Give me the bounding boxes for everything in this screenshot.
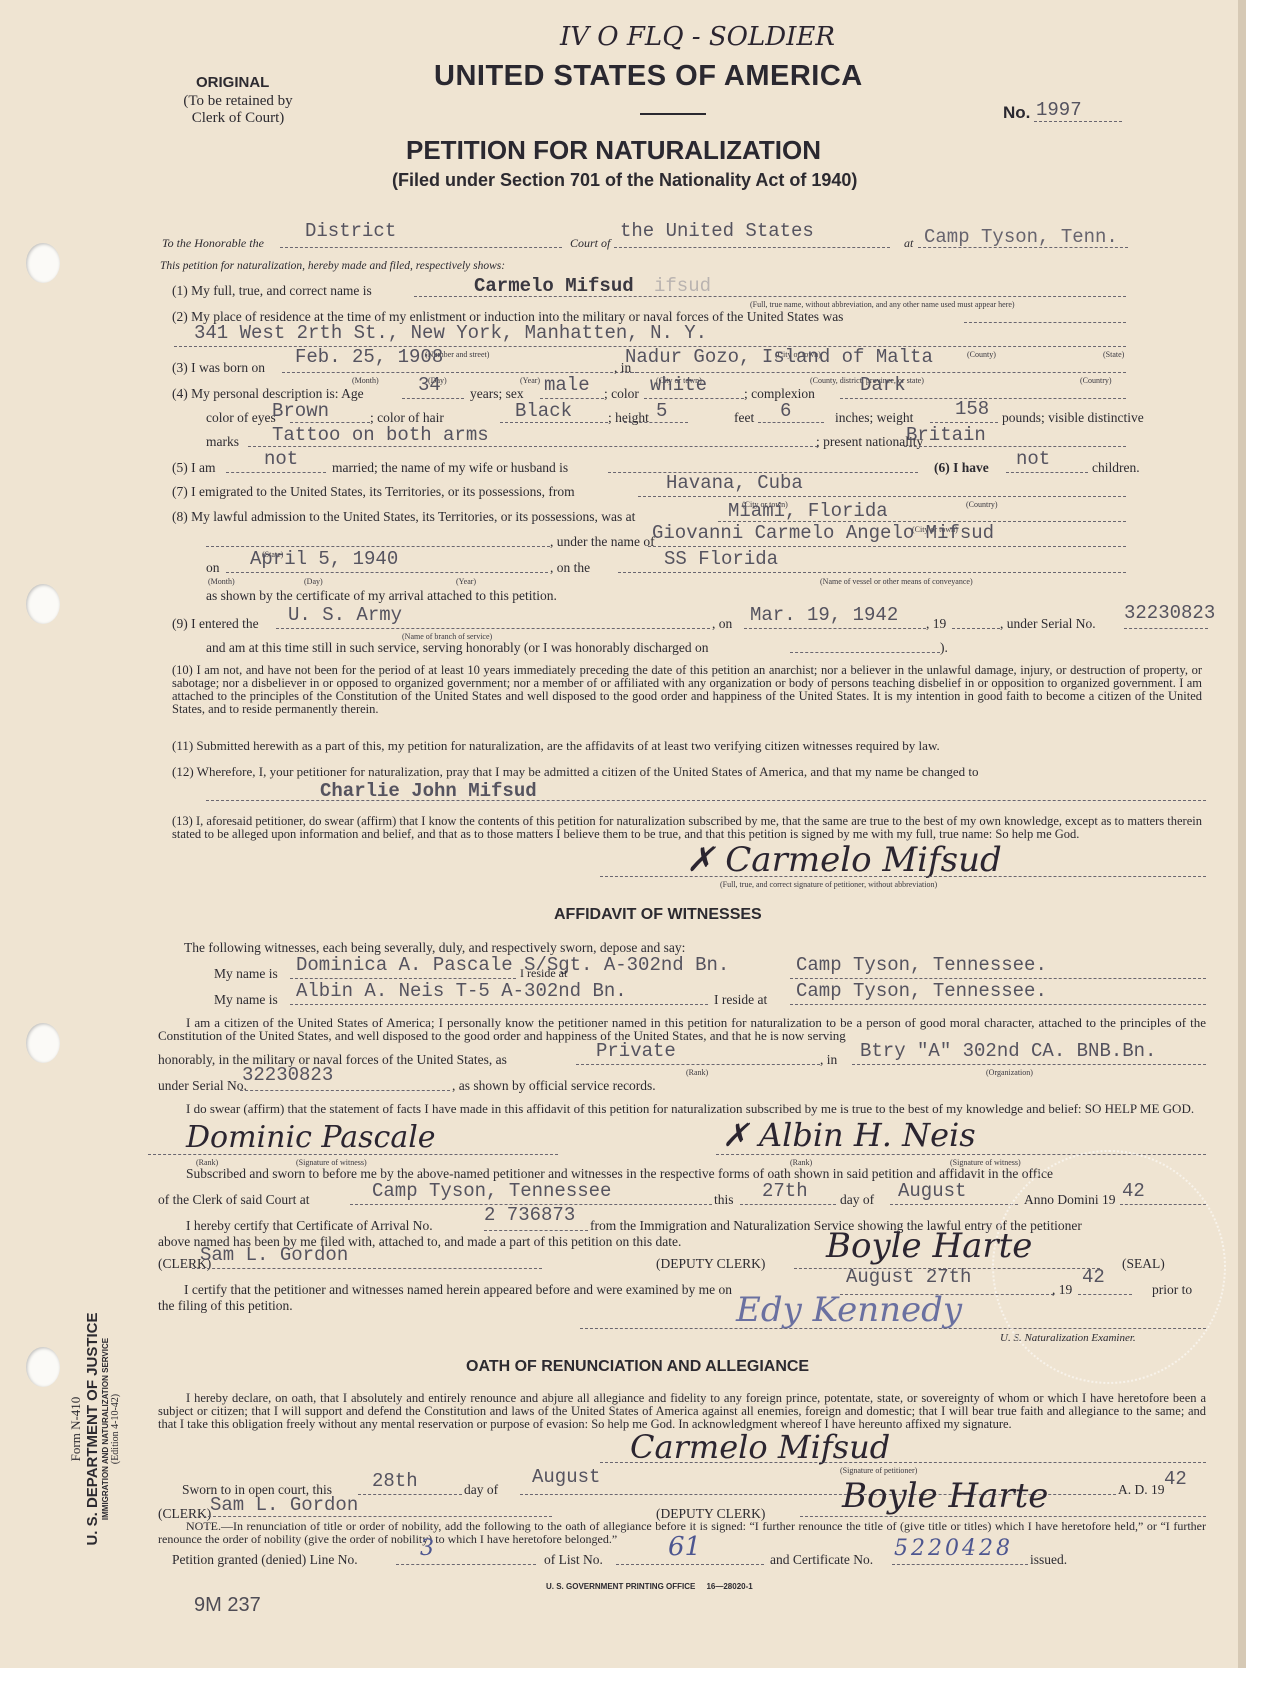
in-label: , in	[820, 1052, 837, 1068]
admission-date: April 5, 1940	[250, 548, 398, 570]
intro-text: This petition for naturalization, hereby…	[160, 260, 505, 272]
note: (Name of vessel or other means of convey…	[820, 577, 973, 586]
punch-hole	[26, 243, 60, 283]
new-name: Charlie John Mifsud	[320, 780, 537, 802]
stamp-number: 9M 237	[194, 1594, 261, 1617]
inches-label: inches; weight	[835, 410, 913, 426]
affidavit-heading: AFFIDAVIT OF WITNESSES	[554, 906, 762, 924]
item13-text: (13) I, aforesaid petitioner, do swear (…	[172, 815, 1202, 841]
line-number: 3	[420, 1536, 434, 1561]
petition-number: 1997	[1036, 99, 1082, 121]
my-name-label: My name is	[214, 966, 278, 982]
on-the-label: , on the	[550, 560, 590, 576]
item5-label: (5) I am	[172, 460, 215, 476]
this-label: this	[714, 1192, 734, 1208]
witness2-signature: ✗ Albin H. Neis	[722, 1116, 976, 1154]
feet-label: feet	[734, 410, 754, 426]
ghost-text: ifsud	[654, 275, 711, 297]
retained-line1: (To be retained by	[160, 93, 316, 110]
oath-month: August	[532, 1466, 600, 1488]
gpo-imprint: U. S. GOVERNMENT PRINTING OFFICE 16—2802…	[546, 1582, 753, 1591]
item12-text: (12) Wherefore, I, your petitioner for n…	[172, 764, 979, 780]
granted-label: Petition granted (denied) Line No.	[172, 1552, 358, 1568]
birth-date: Feb. 25, 1908	[295, 346, 443, 368]
clerk-court-label: of the Clerk of said Court at	[158, 1192, 309, 1208]
examined-date: August 27th	[846, 1266, 971, 1288]
form-number: Form N-410	[68, 1274, 84, 1584]
eye-color: Brown	[272, 400, 329, 422]
filing-text: the filing of this petition.	[158, 1298, 293, 1314]
height-inches: 6	[780, 400, 791, 422]
vessel: SS Florida	[664, 548, 778, 570]
day-of-label: day of	[840, 1192, 874, 1208]
item6-rest: children.	[1092, 460, 1140, 476]
witness1-residence: Camp Tyson, Tennessee.	[796, 954, 1047, 976]
affidavit-serial: 32230823	[242, 1064, 333, 1086]
oath-text: I hereby declare, on oath, that I absolu…	[158, 1392, 1206, 1431]
oath-day: 28th	[372, 1470, 418, 1492]
item1-label: (1) My full, true, and correct name is	[172, 283, 372, 299]
petition-title: PETITION FOR NATURALIZATION	[406, 135, 821, 166]
hair-color: Black	[515, 400, 572, 422]
distinctive-marks: Tattoo on both arms	[272, 424, 489, 446]
age: 34	[418, 374, 441, 396]
affidavit-month: August	[898, 1180, 966, 1202]
embossed-seal	[992, 1150, 1226, 1384]
oath-year: 42	[1164, 1468, 1187, 1490]
children-status: not	[1016, 448, 1050, 470]
punch-hole	[26, 1023, 60, 1063]
residence: 341 West 2rth St., New York, Manhatten, …	[194, 322, 707, 344]
note: (Country)	[966, 500, 998, 509]
admission-place: Miami, Florida	[728, 500, 888, 522]
ad-label: A. D. 19	[1118, 1482, 1165, 1498]
country-title: UNITED STATES OF AMERICA	[434, 60, 863, 93]
note: (Organization)	[986, 1068, 1033, 1077]
under-name-label: , under the name of	[550, 534, 655, 550]
day-of-label: day of	[464, 1482, 498, 1498]
examiner-signature: Edy Kennedy	[736, 1290, 962, 1330]
at-label: at	[904, 236, 913, 251]
item5-rest: married; the name of my wife or husband …	[332, 460, 568, 476]
page-edge	[1238, 0, 1246, 1668]
certificate-text: as shown by the certificate of my arriva…	[206, 588, 557, 604]
witness1-signature: Dominic Pascale	[186, 1120, 436, 1155]
affidavit-day: 27th	[762, 1180, 808, 1202]
note: (Rank)	[686, 1068, 708, 1077]
height-label: ; height	[608, 410, 649, 426]
item1-note: (Full, true name, without abbreviation, …	[750, 300, 1015, 309]
full-name: Carmelo Mifsud	[474, 275, 634, 297]
oath-signature: Carmelo Mifsud	[630, 1428, 890, 1466]
clerk-court-place: Camp Tyson, Tennessee	[372, 1180, 611, 1202]
witness1-name: Dominica A. Pascale S/Sgt. A-302nd Bn.	[296, 954, 729, 976]
note: (County)	[967, 350, 996, 359]
citizen-text: I am a citizen of the United States of A…	[158, 1016, 1206, 1042]
edition: (Edition 4-10-42)	[110, 1274, 121, 1584]
certificate-number: 5220428	[894, 1536, 1013, 1561]
scan-margin	[0, 1668, 1246, 1686]
height-feet: 5	[656, 400, 667, 422]
service-text: and am at this time still in such servic…	[206, 640, 709, 656]
nineteen-label: , 19	[926, 616, 946, 632]
certify-label: I hereby certify that Certificate of Arr…	[186, 1218, 433, 1234]
reside-label: I reside at	[714, 992, 767, 1008]
department-name: U. S. DEPARTMENT OF JUSTICE	[84, 1274, 101, 1584]
note: (State)	[1103, 350, 1124, 359]
service-branch: U. S. Army	[288, 604, 402, 626]
race-color: white	[650, 374, 707, 396]
admission-name: Giovanni Carmelo Angelo Mifsud	[652, 522, 994, 544]
item3-label: (3) I was born on	[172, 360, 265, 376]
on-label: , on	[712, 616, 732, 632]
court-name: the United States	[620, 220, 814, 242]
nationality: Britain	[906, 424, 986, 446]
naturalization-petition-page: IV O FLQ - SOLDIER ORIGINAL (To be retai…	[0, 0, 1238, 1668]
serial-label: , under Serial No.	[1000, 616, 1096, 632]
note: (Day)	[304, 577, 323, 586]
petition-subtitle: (Filed under Section 701 of the National…	[392, 170, 857, 191]
close-paren: ).	[940, 640, 948, 656]
color-label: ; color	[604, 386, 639, 402]
service-name: IMMIGRATION AND NATURALIZATION SERVICE	[101, 1274, 110, 1584]
clerk-name: Sam L. Gordon	[200, 1244, 348, 1266]
divider	[640, 113, 706, 115]
petitioner-signature: ✗ Carmelo Mifsud	[686, 840, 1002, 880]
note: (Month)	[352, 376, 379, 385]
item4-label: (4) My personal description is: Age	[172, 386, 364, 402]
eyes-label: color of eyes	[206, 410, 276, 426]
to-label: To the Honorable the	[162, 236, 264, 251]
oath-deputy-signature: Boyle Harte	[842, 1476, 1048, 1516]
note: (Full, true, and correct signature of pe…	[720, 880, 937, 889]
reside-label: I reside at	[520, 966, 567, 981]
note: (Year)	[520, 376, 540, 385]
deputy-clerk-label: (DEPUTY CLERK)	[656, 1256, 765, 1272]
oath-clerk-name: Sam L. Gordon	[210, 1494, 358, 1516]
court-of-label: Court of	[570, 236, 610, 251]
complexion: Dark	[860, 374, 906, 396]
item10-text: (10) I am not, and have not been for the…	[172, 664, 1202, 716]
organization: Btry "A" 302nd CA. BNB.Bn.	[860, 1040, 1156, 1062]
cert-label: and Certificate No.	[770, 1552, 873, 1568]
entry-date: Mar. 19, 1942	[750, 604, 898, 626]
serial-label: under Serial No.	[158, 1078, 247, 1094]
emigrated-from: Havana, Cuba	[666, 472, 803, 494]
item6-label: (6) I have	[934, 460, 989, 476]
court-location: Camp Tyson, Tenn.	[924, 226, 1118, 248]
handwritten-note: IV O FLQ - SOLDIER	[560, 22, 835, 52]
list-number: 61	[668, 1532, 701, 1562]
original-label: ORIGINAL	[196, 74, 269, 91]
witness2-name: Albin A. Neis T-5 A-302nd Bn.	[296, 980, 627, 1002]
married-status: not	[264, 448, 298, 470]
court-type: District	[305, 220, 396, 242]
item11-text: (11) Submitted herewith as a part of thi…	[172, 738, 940, 754]
note: (Country)	[1080, 376, 1112, 385]
number-label: No.	[1003, 103, 1030, 123]
punch-hole	[26, 584, 60, 624]
on-label: on	[206, 560, 220, 576]
item9-label: (9) I entered the	[172, 616, 259, 632]
note: (Month)	[208, 577, 235, 586]
oath-heading: OATH OF RENUNCIATION AND ALLEGIANCE	[466, 1358, 809, 1376]
note: (Signature of petitioner)	[840, 1466, 917, 1475]
retained-line2: Clerk of Court)	[160, 110, 316, 127]
my-name-label: My name is	[214, 992, 278, 1008]
issued-label: issued.	[1030, 1552, 1067, 1568]
list-label: of List No.	[544, 1552, 603, 1568]
petitioner-rank: Private	[596, 1040, 676, 1062]
note: (Year)	[456, 577, 476, 586]
pounds-label: pounds; visible distinctive	[1002, 410, 1144, 426]
birth-place: Nadur Gozo, Island of Malta	[625, 346, 933, 368]
witness2-residence: Camp Tyson, Tennessee.	[796, 980, 1047, 1002]
serial-number: 32230823	[1124, 602, 1215, 624]
side-margin: Form N-410 U. S. DEPARTMENT OF JUSTICE I…	[68, 1274, 121, 1584]
arrival-number: 2 736873	[484, 1204, 575, 1226]
swear-text: I do swear (affirm) that the statement o…	[158, 1102, 1206, 1115]
punch-hole	[26, 1347, 60, 1387]
item7-label: (7) I emigrated to the United States, it…	[172, 484, 575, 500]
marks-label: marks	[206, 434, 239, 450]
item8-label: (8) My lawful admission to the United St…	[172, 509, 635, 525]
serial-rest: , as shown by official service records.	[452, 1078, 656, 1094]
sex: male	[544, 374, 590, 396]
weight: 158	[955, 398, 989, 420]
examiner-text: I certify that the petitioner and witnes…	[184, 1282, 732, 1298]
